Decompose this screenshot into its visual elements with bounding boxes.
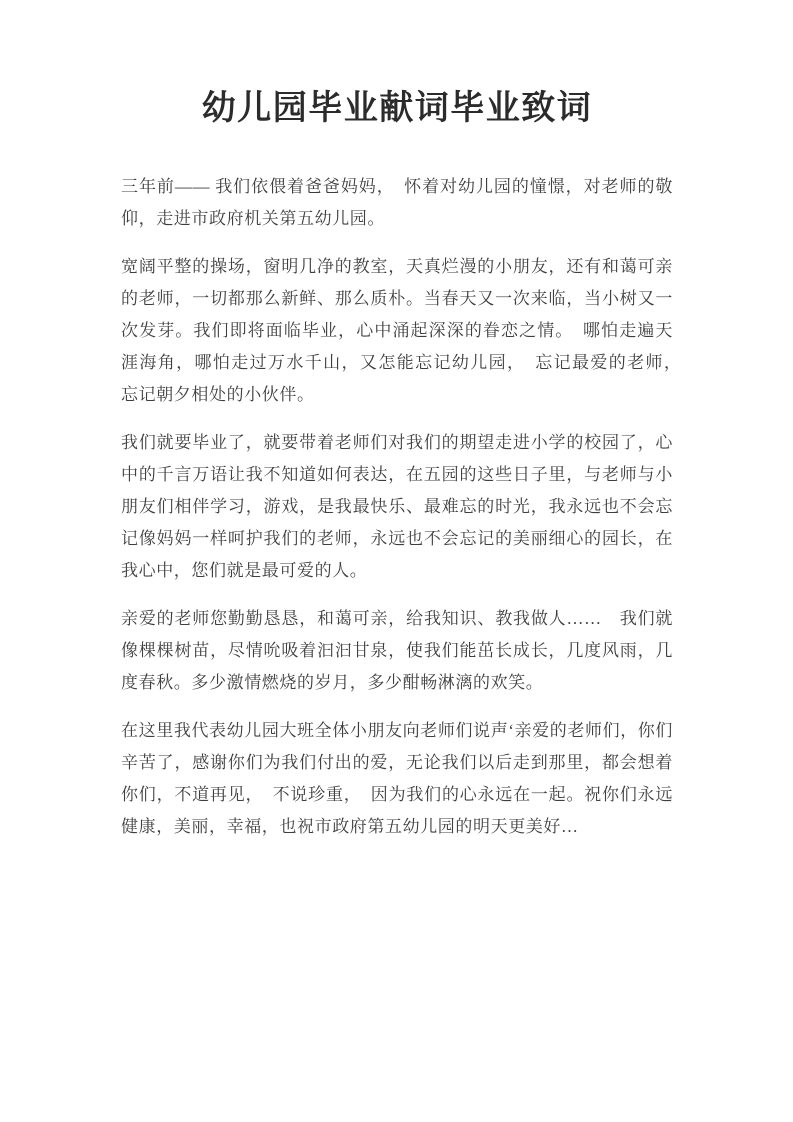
paragraph-5: 在这里我代表幼儿园大班全体小朋友向老师们说声‘亲爱的老师们，你们辛苦了，感谢你们… [121,715,673,843]
paragraph-4: 亲爱的老师您勤勤恳恳，和蔼可亲，给我知识、教我做人…… 我们就像棵棵树苗，尽情吮… [121,603,673,699]
paragraph-1: 三年前—— 我们依偎着爸爸妈妈， 怀着对幼儿园的憧憬，对老师的敬仰，走进市政府机… [121,171,673,235]
paragraph-2: 宽阔平整的操场，窗明几净的教室，天真烂漫的小朋友，还有和蔼可亲的老师，一切都那么… [121,251,673,411]
document-title: 幼儿园毕业献词毕业致词 [121,88,673,129]
document-page: 幼儿园毕业献词毕业致词 三年前—— 我们依偎着爸爸妈妈， 怀着对幼儿园的憧憬，对… [0,0,793,1122]
paragraph-3: 我们就要毕业了，就要带着老师们对我们的期望走进小学的校园了，心中的千言万语让我不… [121,427,673,587]
document-body: 三年前—— 我们依偎着爸爸妈妈， 怀着对幼儿园的憧憬，对老师的敬仰，走进市政府机… [121,171,673,843]
